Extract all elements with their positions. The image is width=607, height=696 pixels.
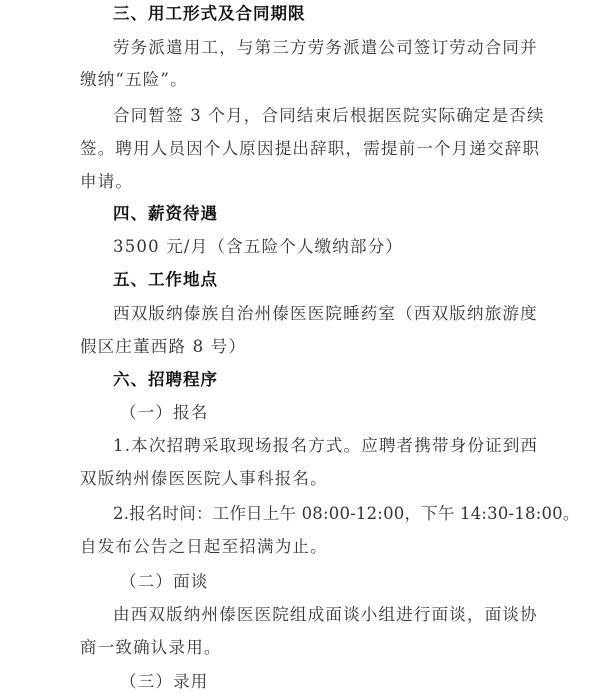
subsection-title-hiring: （三）录用 [120, 670, 560, 694]
section-heading-salary: 四、薪资待遇 [113, 202, 520, 226]
paragraph-line: 由西双版纳州傣医医院组成面谈小组进行面谈，面谈协 [113, 603, 520, 627]
salary-text: 3500 元/月（含五险个人缴纳部分） [113, 235, 520, 259]
paragraph-line: 自发布公告之日起至招满为止。 [80, 535, 520, 559]
subsection-title-interview: （二）面谈 [120, 570, 560, 594]
paragraph-line: 西双版纳傣族自治州傣医医院睡药室（西双版纳旅游度 [113, 302, 520, 326]
paragraph-line: 商一致确认录用。 [80, 636, 520, 660]
paragraph-line: 缴纳“五险”。 [80, 68, 520, 92]
paragraph-line: 申请。 [80, 170, 520, 194]
section-heading-work-location: 五、工作地点 [113, 268, 520, 292]
paragraph-line: 签。聘用人员因个人原因提出辞职，需提前一个月递交辞职 [80, 137, 520, 161]
subsection-title-registration: （一）报名 [120, 401, 560, 425]
paragraph-line: 1.本次招聘采取现场报名方式。应聘者携带身份证到西 [113, 434, 520, 458]
paragraph-line: 双版纳州傣医医院人事科报名。 [80, 467, 520, 491]
paragraph-line: 假区庄董西路 8 号） [80, 335, 520, 359]
paragraph-line: 劳务派遣用工，与第三方劳务派遣公司签订劳动合同并 [113, 36, 520, 60]
paragraph-line: 2.报名时间：工作日上午 08:00-12:00，下午 14:30-18:00。 [113, 502, 520, 526]
paragraph-line: 合同暂签 3 个月，合同结束后根据医院实际确定是否续 [113, 104, 520, 128]
section-heading-employment-form: 三、用工形式及合同期限 [113, 2, 520, 26]
section-heading-recruitment-procedure: 六、招聘程序 [113, 368, 520, 392]
